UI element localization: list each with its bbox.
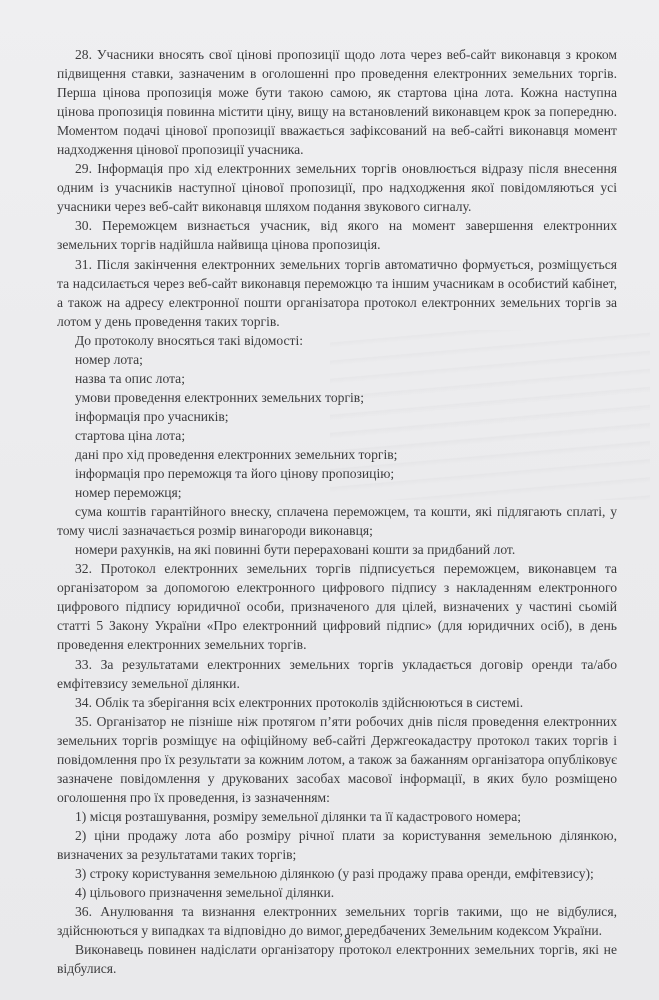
paragraph-31: 31. Після закінчення електронних земельн…	[57, 255, 617, 331]
protocol-item: дані про хід проведення електронних земе…	[57, 445, 617, 464]
protocol-item: стартова ціна лота;	[57, 426, 617, 445]
protocol-item: номери рахунків, на які повинні бути пер…	[57, 540, 617, 559]
paragraph-33: 33. За результатами електронних земельни…	[57, 655, 617, 693]
protocol-item: сума коштів гарантійного внеску, сплачен…	[57, 502, 617, 540]
protocol-item: номер переможця;	[57, 483, 617, 502]
publication-item: 2) ціни продажу лота або розміру річної …	[57, 826, 617, 864]
publication-item: 3) строку користування земельною ділянко…	[57, 864, 617, 883]
publication-item: 1) місця розташування, розміру земельної…	[57, 807, 617, 826]
paragraph-32: 32. Протокол електронних земельних торгі…	[57, 559, 617, 654]
paragraph-29: 29. Інформація про хід електронних земел…	[57, 159, 617, 216]
protocol-item: номер лота;	[57, 350, 617, 369]
paragraph-34: 34. Облік та зберігання всіх електронних…	[57, 693, 617, 712]
paragraph-28: 28. Учасники вносять свої цінові пропози…	[57, 45, 617, 159]
document-page: 28. Учасники вносять свої цінові пропози…	[0, 0, 659, 1000]
protocol-item: назва та опис лота;	[57, 369, 617, 388]
paragraph-35: 35. Організатор не пізніше ніж протягом …	[57, 712, 617, 807]
protocol-item: інформація про переможця та його цінову …	[57, 464, 617, 483]
page-number: 8	[0, 932, 659, 948]
protocol-item: інформація про учасників;	[57, 407, 617, 426]
paragraph-30: 30. Переможцем визнається учасник, від я…	[57, 216, 617, 254]
protocol-intro: До протоколу вносяться такі відомості:	[57, 331, 617, 350]
publication-item: 4) цільового призначення земельної ділян…	[57, 883, 617, 902]
protocol-item: умови проведення електронних земельних т…	[57, 388, 617, 407]
document-body: 28. Учасники вносять свої цінові пропози…	[57, 45, 617, 978]
